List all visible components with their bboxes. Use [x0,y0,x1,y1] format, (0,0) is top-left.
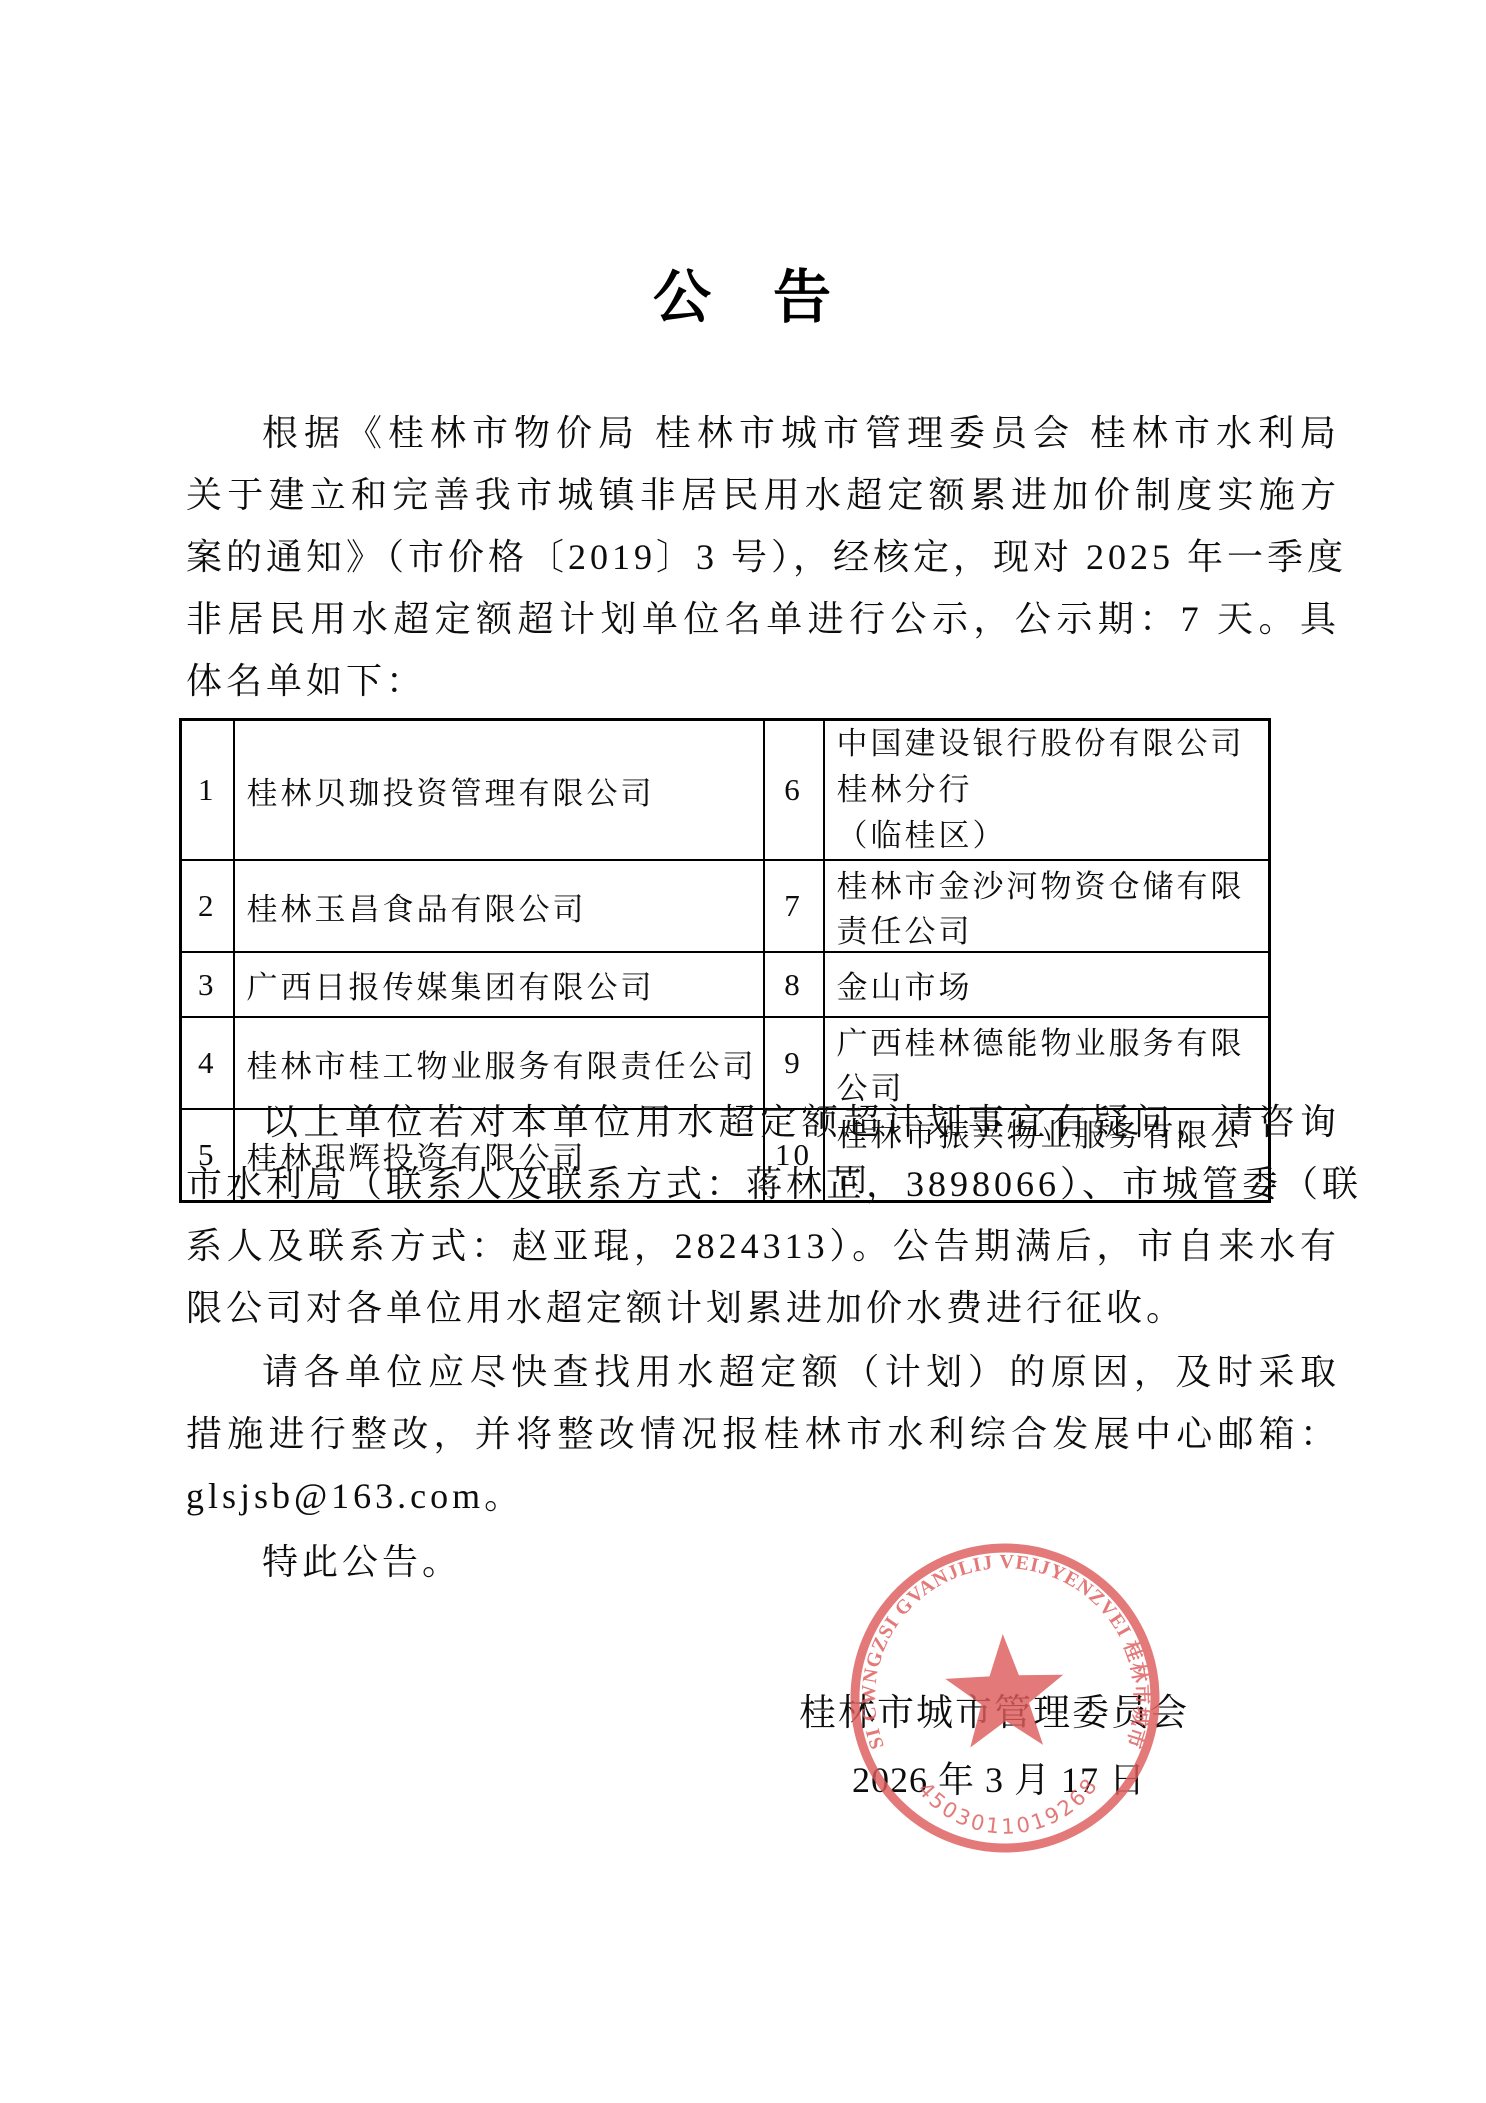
table-row: 2 桂林玉昌食品有限公司 7 桂林市金沙河物资仓储有限责任公司 [181,860,1270,952]
closing-statement: 特此公告。 [186,1531,1340,1593]
email-text: glsjsb@163.com。 [186,1465,1340,1527]
company-name: 广西日报传媒集团有限公司 [234,952,764,1017]
row-number: 8 [764,952,824,1017]
row-number: 2 [181,860,234,952]
paragraph-line: 请各单位应尽快查找用水超定额（计划）的原因，及时采取 [186,1341,1340,1403]
paragraph-line: 市水利局（联系人及联系方式：蒋林芷，3898066）、市城管委（联 [186,1153,1340,1215]
company-name-line: 中国建设银行股份有限公司桂林分行 [837,721,1269,813]
row-number: 7 [764,860,824,952]
row-number: 6 [764,720,824,861]
paragraph-line: 措施进行整改，并将整改情况报桂林市水利综合发展中心邮箱： [186,1403,1340,1465]
company-name-line: （临桂区） [837,813,1269,859]
company-name: 中国建设银行股份有限公司桂林分行 （临桂区） [824,720,1270,861]
table-row: 1 桂林贝珈投资管理有限公司 6 中国建设银行股份有限公司桂林分行 （临桂区） [181,720,1270,861]
paragraph-line: 关于建立和完善我市城镇非居民用水超定额累进加价制度实施方 [186,464,1340,526]
company-name: 桂林玉昌食品有限公司 [234,860,764,952]
inquiry-paragraph: 以上单位若对本单位用水超定额超计划事宜有疑问，请咨询 市水利局（联系人及联系方式… [186,1091,1340,1339]
paragraph-line: 以上单位若对本单位用水超定额超计划事宜有疑问，请咨询 [186,1091,1340,1153]
paragraph-line: 体名单如下： [186,650,1340,712]
issuer-signature: 桂林市城市管理委员会 [799,1682,1189,1736]
company-name: 桂林贝珈投资管理有限公司 [234,720,764,861]
intro-paragraph: 根据《桂林市物价局 桂林市城市管理委员会 桂林市水利局 关于建立和完善我市城镇非… [186,402,1340,712]
table-row: 3 广西日报传媒集团有限公司 8 金山市场 [181,952,1270,1017]
row-number: 3 [181,952,234,1017]
page-title: 公 告 [0,250,1486,334]
paragraph-line: 特此公告。 [186,1531,1340,1593]
paragraph-line: 限公司对各单位用水超定额计划累进加价水费进行征收。 [186,1277,1340,1339]
announcement-page: 公 告 根据《桂林市物价局 桂林市城市管理委员会 桂林市水利局 关于建立和完善我… [0,0,1486,2103]
paragraph-line: 案的通知》（市价格〔2019〕3 号），经核定，现对 2025 年一季度 [186,526,1340,588]
paragraph-line: 非居民用水超定额超计划单位名单进行公示，公示期：7 天。具 [186,588,1340,650]
row-number: 1 [181,720,234,861]
issue-date: 2026 年 3 月 17 日 [852,1752,1146,1803]
paragraph-line: 根据《桂林市物价局 桂林市城市管理委员会 桂林市水利局 [186,402,1340,464]
rectification-paragraph: 请各单位应尽快查找用水超定额（计划）的原因，及时采取 措施进行整改，并将整改情况… [186,1341,1340,1527]
paragraph-line: 系人及联系方式：赵亚琨，2824313）。公告期满后，市自来水有 [186,1215,1340,1277]
company-name: 桂林市金沙河物资仓储有限责任公司 [824,860,1270,952]
company-name: 金山市场 [824,952,1270,1017]
